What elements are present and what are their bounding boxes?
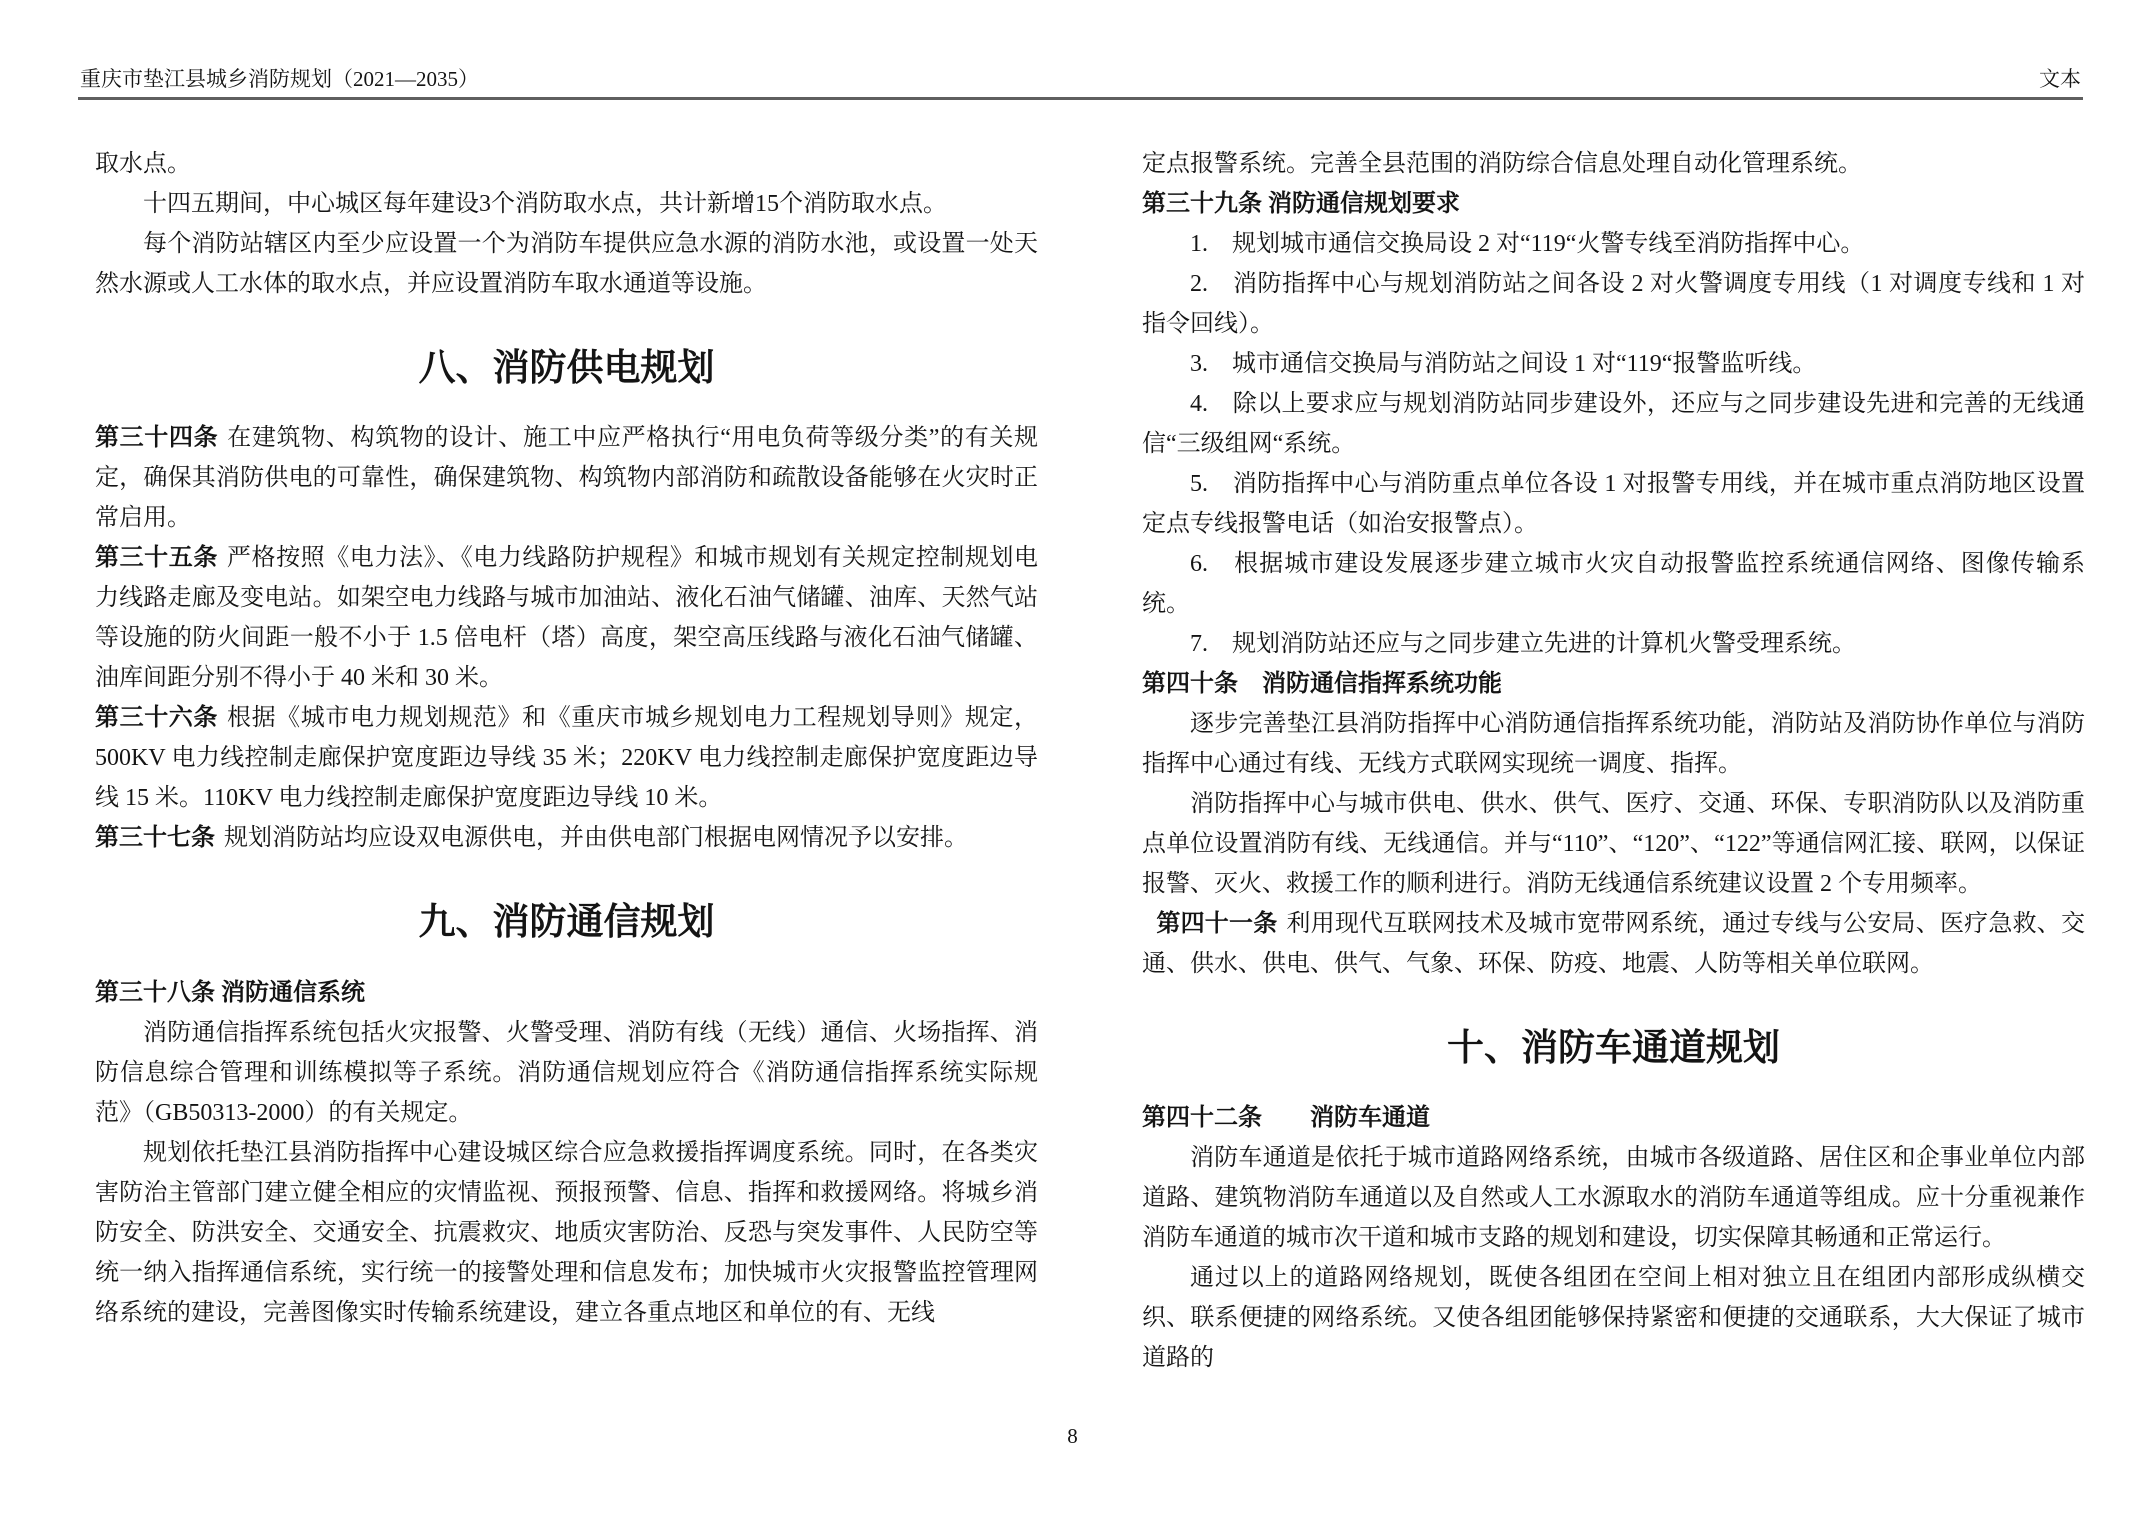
article-heading: 第四十条 消防通信指挥系统功能 xyxy=(1142,664,2085,704)
article-number-label: 第三十四条 xyxy=(95,425,218,451)
list-item: 3. 城市通信交换局与消防站之间设 1 对“119“报警监听线。 xyxy=(1142,344,2085,384)
article-paragraph: 第三十五条严格按照《电力法》、《电力线路防护规程》和城市规划有关规定控制规划电力… xyxy=(95,538,1038,698)
list-item: 2. 消防指挥中心与规划消防站之间各设 2 对火警调度专用线（1 对调度专线和 … xyxy=(1142,264,2085,344)
list-item: 5. 消防指挥中心与消防重点单位各设 1 对报警专用线，并在城市重点消防地区设置… xyxy=(1142,464,2085,544)
article-body-text: 规划消防站均应设双电源供电，并由供电部门根据电网情况予以安排。 xyxy=(224,825,968,851)
header-document-title: 重庆市垫江县城乡消防规划（2021—2035） xyxy=(80,68,479,91)
article-paragraph: 第三十四条在建筑物、构筑物的设计、施工中应严格执行“用电负荷等级分类”的有关规定… xyxy=(95,418,1038,538)
article-number-label: 第三十七条 xyxy=(95,825,215,851)
paragraph: 通过以上的道路网络规划，既使各组团在空间上相对独立且在组团内部形成纵横交织、联系… xyxy=(1142,1258,2085,1378)
section-heading-fire-power-supply: 八、消防供电规划 xyxy=(95,346,1038,392)
document-page: 重庆市垫江县城乡消防规划（2021—2035） 文本 取水点。 十四五期间，中心… xyxy=(0,0,2145,1515)
paragraph: 定点报警系统。完善全县范围的消防综合信息处理自动化管理系统。 xyxy=(1142,144,2085,184)
article-heading: 第三十九条 消防通信规划要求 xyxy=(1142,184,2085,224)
right-column: 定点报警系统。完善全县范围的消防综合信息处理自动化管理系统。 第三十九条 消防通… xyxy=(1142,144,2085,1378)
article-number-label: 第四十一条 xyxy=(1156,911,1277,937)
list-item: 6. 根据城市建设发展逐步建立城市火灾自动报警监控系统通信网络、图像传输系统。 xyxy=(1142,544,2085,624)
article-number-label: 第三十五条 xyxy=(95,545,218,571)
article-paragraph: 第三十七条规划消防站均应设双电源供电，并由供电部门根据电网情况予以安排。 xyxy=(95,818,1038,858)
paragraph: 逐步完善垫江县消防指挥中心消防通信指挥系统功能，消防站及消防协作单位与消防指挥中… xyxy=(1142,704,2085,784)
list-item: 4. 除以上要求应与规划消防站同步建设外，还应与之同步建设先进和完善的无线通信“… xyxy=(1142,384,2085,464)
page-header: 重庆市垫江县城乡消防规划（2021—2035） 文本 xyxy=(78,0,2083,100)
paragraph: 十四五期间，中心城区每年建设3个消防取水点，共计新增15个消防取水点。 xyxy=(95,184,1038,224)
list-item: 7. 规划消防站还应与之同步建立先进的计算机火警受理系统。 xyxy=(1142,624,2085,664)
article-body-text: 在建筑物、构筑物的设计、施工中应严格执行“用电负荷等级分类”的有关规定，确保其消… xyxy=(95,425,1038,531)
article-body-text: 根据《城市电力规划规范》和《重庆市城乡规划电力工程规划导则》规定，500KV 电… xyxy=(95,705,1038,811)
section-heading-fire-lane-planning: 十、消防车通道规划 xyxy=(1142,1026,2085,1072)
article-paragraph: 第四十一条利用现代互联网技术及城市宽带网系统，通过专线与公安局、医疗急救、交通、… xyxy=(1142,904,2085,984)
paragraph: 消防指挥中心与城市供电、供水、供气、医疗、交通、环保、专职消防队以及消防重点单位… xyxy=(1142,784,2085,904)
paragraph: 规划依托垫江县消防指挥中心建设城区综合应急救援指挥调度系统。同时，在各类灾害防治… xyxy=(95,1133,1038,1333)
left-column: 取水点。 十四五期间，中心城区每年建设3个消防取水点，共计新增15个消防取水点。… xyxy=(95,144,1038,1378)
article-body-text: 利用现代互联网技术及城市宽带网系统，通过专线与公安局、医疗急救、交通、供水、供电… xyxy=(1142,911,2085,977)
article-number-label: 第三十六条 xyxy=(95,705,218,731)
article-paragraph: 第三十六条根据《城市电力规划规范》和《重庆市城乡规划电力工程规划导则》规定，50… xyxy=(95,698,1038,818)
paragraph: 每个消防站辖区内至少应设置一个为消防车提供应急水源的消防水池，或设置一处天然水源… xyxy=(95,224,1038,304)
paragraph: 消防车通道是依托于城市道路网络系统，由城市各级道路、居住区和企事业单位内部道路、… xyxy=(1142,1138,2085,1258)
section-heading-fire-communication: 九、消防通信规划 xyxy=(95,900,1038,946)
paragraph: 消防通信指挥系统包括火灾报警、火警受理、消防有线（无线）通信、火场指挥、消防信息… xyxy=(95,1013,1038,1133)
article-body-text: 严格按照《电力法》、《电力线路防护规程》和城市规划有关规定控制规划电力线路走廊及… xyxy=(95,545,1038,691)
content-columns: 取水点。 十四五期间，中心城区每年建设3个消防取水点，共计新增15个消防取水点。… xyxy=(95,144,2085,1378)
list-item: 1. 规划城市通信交换局设 2 对“119“火警专线至消防指挥中心。 xyxy=(1142,224,2085,264)
article-heading: 第三十八条 消防通信系统 xyxy=(95,973,1038,1013)
header-section-label: 文本 xyxy=(2039,68,2081,91)
article-heading: 第四十二条 消防车通道 xyxy=(1142,1098,2085,1138)
paragraph: 取水点。 xyxy=(95,144,1038,184)
page-number: 8 xyxy=(0,1424,2145,1449)
